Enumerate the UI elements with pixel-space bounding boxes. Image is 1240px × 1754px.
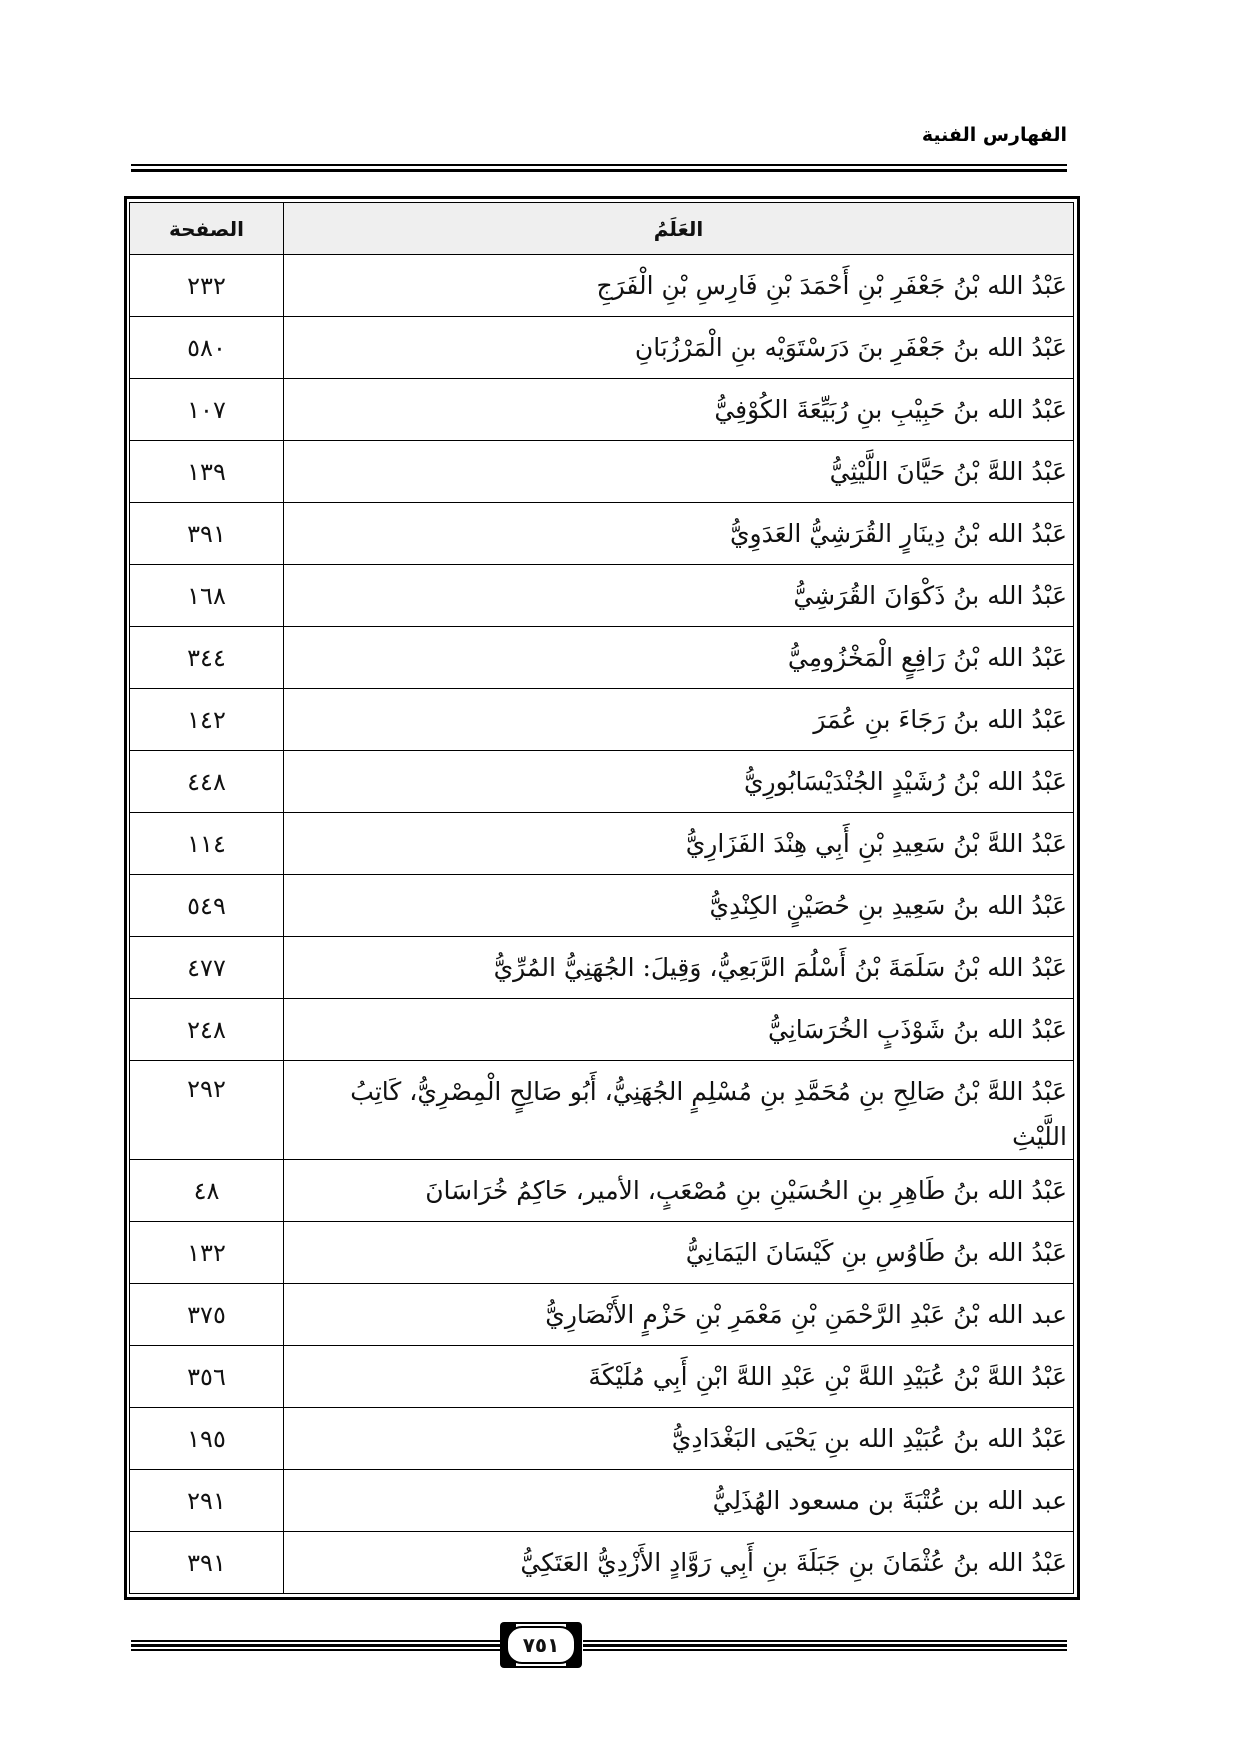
name-cell: عَبْدُ الله بنُ سَعِيدِ بنِ حُصَيْنٍ الك… <box>284 875 1074 937</box>
name-cell: عَبْدُ اللهَّ بْنُ سَعِيدِ بْنِ أَبِي هِ… <box>284 813 1074 875</box>
page-cell: ٥٤٩ <box>130 875 284 937</box>
page-cell: ٥٨٠ <box>130 317 284 379</box>
name-cell: عَبْدُ الله بنُ جَعْفَرِ بنَ دَرَسْتَوَي… <box>284 317 1074 379</box>
page-cell: ٣٤٤ <box>130 627 284 689</box>
name-cell: عَبْدُ الله بْنُ رَافِعٍ الْمَخْزُومِيُّ <box>284 627 1074 689</box>
table-row: عَبْدُ الله بْنُ جَعْفَرِ بْنِ أَحْمَدَ … <box>130 255 1074 317</box>
running-header: الفهارس الفنية <box>131 118 1067 158</box>
page-number-badge: ٧٥١ <box>500 1622 582 1668</box>
header-double-rule <box>131 164 1067 174</box>
name-cell: عَبْدُ الله بْنُ جَعْفَرِ بْنِ أَحْمَدَ … <box>284 255 1074 317</box>
table-row: عَبْدُ الله بنُ طَاهِرِ بنِ الحُسَيْنِ ب… <box>130 1160 1074 1222</box>
footer-rule-line <box>583 1644 1067 1647</box>
table-row: عَبْدُ اللهَّ بْنُ حَيَّانَ اللَّيْثِيُّ… <box>130 441 1074 503</box>
footer-rule-line <box>131 1644 501 1647</box>
table-row: عَبْدُ الله بنُ عُثْمَانَ بنِ جَبَلَةَ ب… <box>130 1532 1074 1594</box>
header-rule-thin <box>131 164 1067 166</box>
badge-bar-bottom <box>510 1666 572 1668</box>
page-cell: ١٤٢ <box>130 689 284 751</box>
name-cell: عَبْدُ الله بنُ عُبَيْدِ الله بنِ يَحْيَ… <box>284 1408 1074 1470</box>
page-cell: ٢٩٢ <box>130 1061 284 1160</box>
name-cell: عَبْدُ الله بْنُ دِينَارٍ القُرَشِيُّ ال… <box>284 503 1074 565</box>
name-cell: عبد الله بْنُ عَبْدِ الرَّحْمَنِ بْنِ مَ… <box>284 1284 1074 1346</box>
table-row: عَبْدُ اللهَّ بْنُ سَعِيدِ بْنِ أَبِي هِ… <box>130 813 1074 875</box>
page-cell: ٤٨ <box>130 1160 284 1222</box>
name-cell: عَبْدُ اللهَّ بْنُ حَيَّانَ اللَّيْثِيُّ <box>284 441 1074 503</box>
footer-rule-right <box>583 1639 1067 1653</box>
index-table-frame: العَلَمُ الصفحة عَبْدُ الله بْنُ جَعْفَر… <box>124 196 1080 1600</box>
name-cell: عَبْدُ الله بنُ شَوْذَبٍ الخُرَسَانِيُّ <box>284 999 1074 1061</box>
table-row: عَبْدُ الله بْنُ رَافِعٍ الْمَخْزُومِيُّ… <box>130 627 1074 689</box>
running-title: الفهارس الفنية <box>922 124 1067 146</box>
name-cell: عَبْدُ اللهَّ بْنُ عُبَيْدِ اللهَّ بْنِ … <box>284 1346 1074 1408</box>
table-row: عَبْدُ الله بْنُ رُشَيْدٍ الجُنْدَيْسَاب… <box>130 751 1074 813</box>
footer-rule-line <box>131 1649 501 1651</box>
name-cell: عَبْدُ الله بنُ طَاهِرِ بنِ الحُسَيْنِ ب… <box>284 1160 1074 1222</box>
column-header-page: الصفحة <box>130 203 284 255</box>
table-row: عَبْدُ الله بنُ سَعِيدِ بنِ حُصَيْنٍ الك… <box>130 875 1074 937</box>
page-cell: ١٣٩ <box>130 441 284 503</box>
name-cell: عبد الله بن عُتْبَةَ بن مسعود الهُذَلِيُ… <box>284 1470 1074 1532</box>
page-cell: ١٩٥ <box>130 1408 284 1470</box>
footer-rule-line <box>583 1640 1067 1642</box>
table-row: عَبْدُ الله بْنُ دِينَارٍ القُرَشِيُّ ال… <box>130 503 1074 565</box>
table-row: عَبْدُ الله بنُ ذَكْوَانَ القُرَشِيُّ ١٦… <box>130 565 1074 627</box>
page-cell: ٢٣٢ <box>130 255 284 317</box>
table-row: عَبْدُ اللهَّ بْنُ عُبَيْدِ اللهَّ بْنِ … <box>130 1346 1074 1408</box>
footer-triple-rule <box>131 1639 1067 1653</box>
page-cell: ١٣٢ <box>130 1222 284 1284</box>
page-cell: ٤٤٨ <box>130 751 284 813</box>
table-row: عبد الله بْنُ عَبْدِ الرَّحْمَنِ بْنِ مَ… <box>130 1284 1074 1346</box>
table-row: عَبْدُ الله بنُ رَجَاءَ بنِ عُمَرَ ١٤٢ <box>130 689 1074 751</box>
table-row: عَبْدُ الله بنُ عُبَيْدِ الله بنِ يَحْيَ… <box>130 1408 1074 1470</box>
name-cell: عَبْدُ الله بْنُ رُشَيْدٍ الجُنْدَيْسَاب… <box>284 751 1074 813</box>
name-cell: عَبْدُ الله بنُ حَبِيْبِ بنِ رُبَيِّعَةَ… <box>284 379 1074 441</box>
table-row: عَبْدُ الله بنُ شَوْذَبٍ الخُرَسَانِيُّ … <box>130 999 1074 1061</box>
page-cell: ١١٤ <box>130 813 284 875</box>
footer-rule-left <box>131 1639 501 1653</box>
name-cell: عَبْدُ الله بنُ طَاوُسِ بنِ كَيْسَانَ ال… <box>284 1222 1074 1284</box>
name-cell: عَبْدُ الله بنُ عُثْمَانَ بنِ جَبَلَةَ ب… <box>284 1532 1074 1594</box>
page-cell: ٢٩١ <box>130 1470 284 1532</box>
table-row: عَبْدُ الله بنُ جَعْفَرِ بنَ دَرَسْتَوَي… <box>130 317 1074 379</box>
page-cell: ١٠٧ <box>130 379 284 441</box>
page-cell: ٣٥٦ <box>130 1346 284 1408</box>
page-cell: ١٦٨ <box>130 565 284 627</box>
page-cell: ٣٩١ <box>130 503 284 565</box>
table-header-row: العَلَمُ الصفحة <box>130 203 1074 255</box>
footer-rule-line <box>583 1649 1067 1651</box>
footer-rule-line <box>131 1640 501 1642</box>
header-rule-thick <box>131 169 1067 172</box>
name-cell: عَبْدُ الله بْنُ سَلَمَةَ بْنُ أَسْلُمَ … <box>284 937 1074 999</box>
table-row: عَبْدُ الله بنُ طَاوُسِ بنِ كَيْسَانَ ال… <box>130 1222 1074 1284</box>
name-cell: عَبْدُ اللهَّ بْنُ صَالِحِ بنِ مُحَمَّدِ… <box>284 1061 1074 1160</box>
column-header-name: العَلَمُ <box>284 203 1074 255</box>
table-row: عَبْدُ اللهَّ بْنُ صَالِحِ بنِ مُحَمَّدِ… <box>130 1061 1074 1160</box>
page-cell: ٤٧٧ <box>130 937 284 999</box>
name-cell: عَبْدُ الله بنُ رَجَاءَ بنِ عُمَرَ <box>284 689 1074 751</box>
table-row: عَبْدُ الله بْنُ سَلَمَةَ بْنُ أَسْلُمَ … <box>130 937 1074 999</box>
table-row: عَبْدُ الله بنُ حَبِيْبِ بنِ رُبَيِّعَةَ… <box>130 379 1074 441</box>
name-cell: عَبْدُ الله بنُ ذَكْوَانَ القُرَشِيُّ <box>284 565 1074 627</box>
index-table: العَلَمُ الصفحة عَبْدُ الله بْنُ جَعْفَر… <box>129 202 1074 1594</box>
page-cell: ٢٤٨ <box>130 999 284 1061</box>
page-cell: ٣٧٥ <box>130 1284 284 1346</box>
page-cell: ٣٩١ <box>130 1532 284 1594</box>
page-number: ٧٥١ <box>506 1626 576 1664</box>
badge-bar-top <box>510 1622 572 1624</box>
table-row: عبد الله بن عُتْبَةَ بن مسعود الهُذَلِيُ… <box>130 1470 1074 1532</box>
